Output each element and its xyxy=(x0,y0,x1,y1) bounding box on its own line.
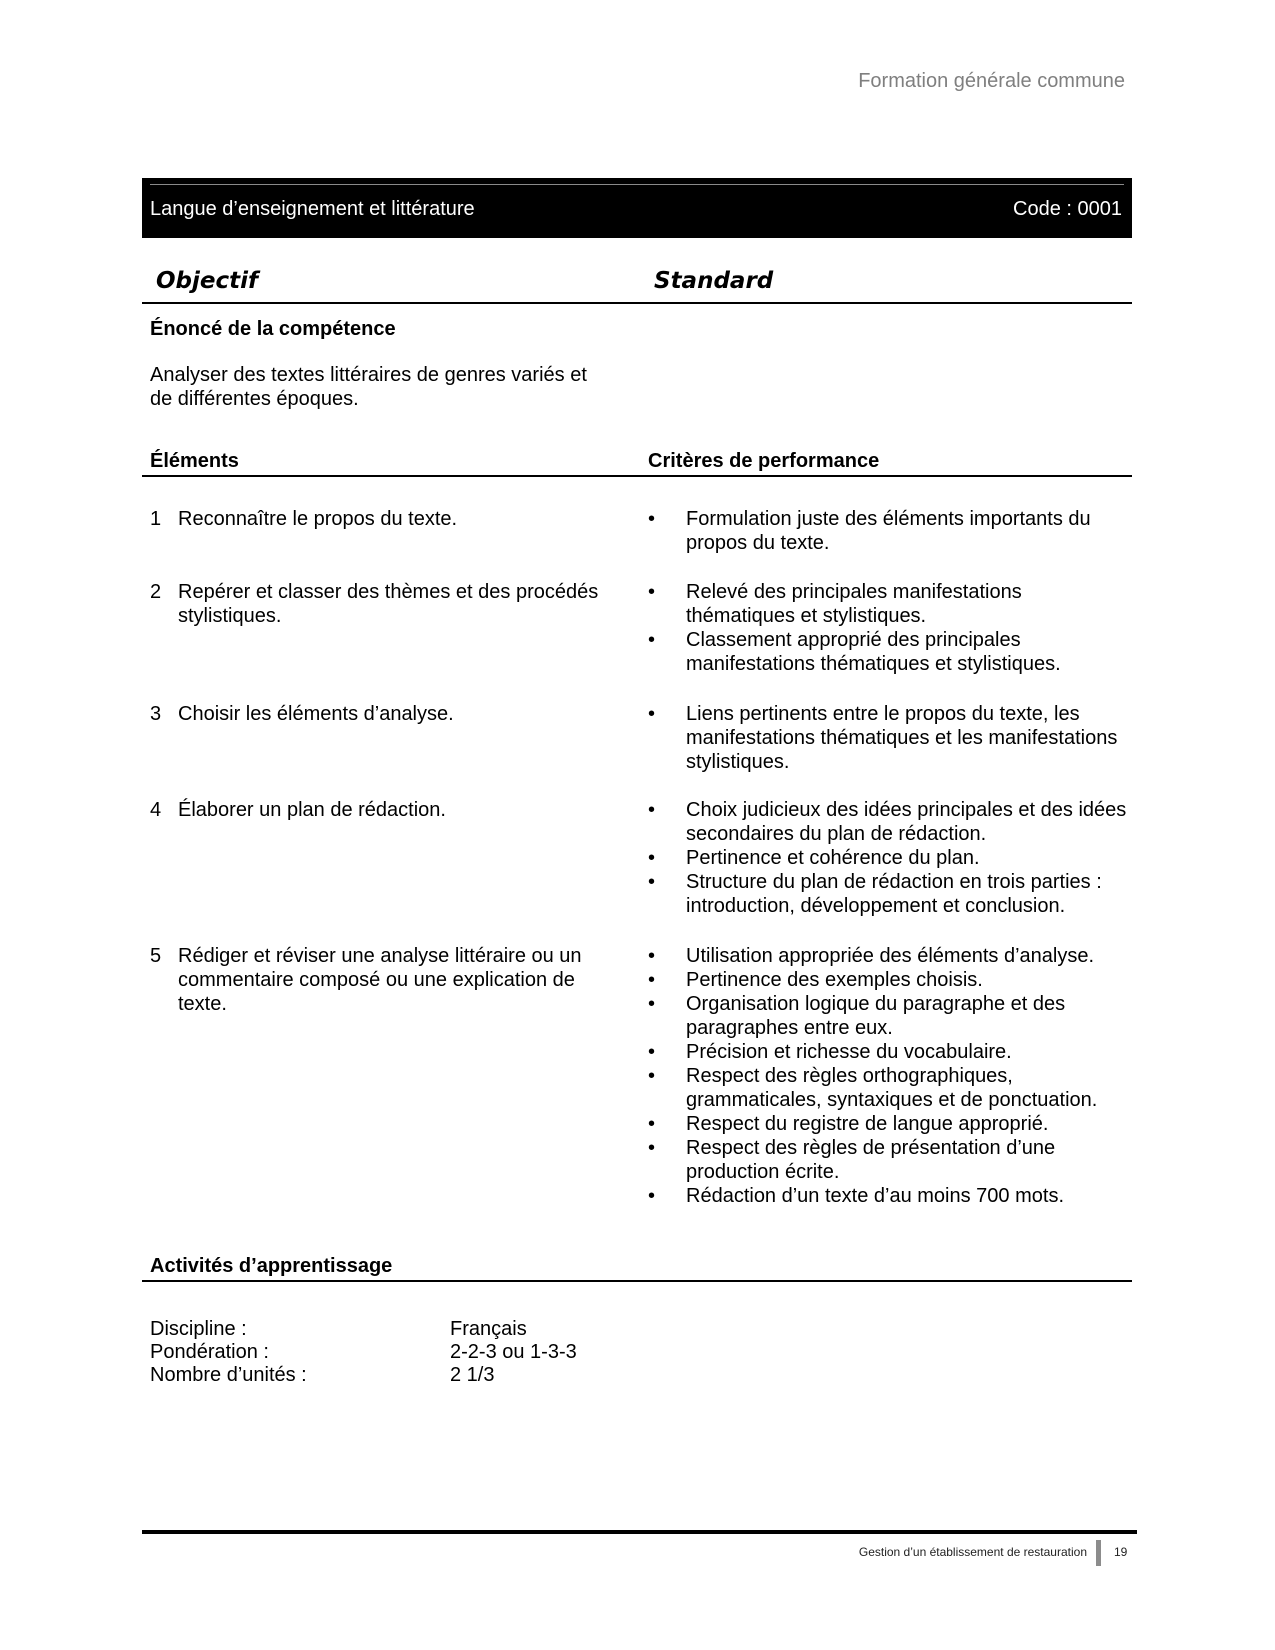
element-number: 2 xyxy=(150,580,178,628)
criteria-list-4: Choix judicieux des idées principales et… xyxy=(648,798,1128,918)
column-headings: Objectif Standard xyxy=(142,268,1132,304)
element-number: 5 xyxy=(150,944,178,1016)
bullet-icon xyxy=(648,968,686,992)
element-text: Élaborer un plan de rédaction. xyxy=(178,798,620,822)
bullet-icon xyxy=(648,580,686,628)
criterion: Pertinence des exemples choisis. xyxy=(648,968,1128,992)
competence-label: Énoncé de la compétence xyxy=(150,318,396,341)
element-number: 4 xyxy=(150,798,178,822)
course-title-bar: Langue d’enseignement et littérature Cod… xyxy=(142,178,1132,238)
criteria-list-3: Liens pertinents entre le propos du text… xyxy=(648,702,1128,774)
bullet-icon xyxy=(648,1112,686,1136)
bullet-icon xyxy=(648,1184,686,1208)
bullet-icon xyxy=(648,1040,686,1064)
activities-table: Discipline : Français Pondération : 2-2-… xyxy=(150,1318,577,1387)
element-row-3: 3 Choisir les éléments d’analyse. xyxy=(150,702,620,726)
criteria-list-5: Utilisation appropriée des éléments d’an… xyxy=(648,944,1128,1208)
criterion: Relevé des principales manifestations th… xyxy=(648,580,1128,628)
criterion: Précision et richesse du vocabulaire. xyxy=(648,1040,1128,1064)
activities-heading: Activités d’apprentissage xyxy=(150,1255,392,1278)
footer-separator xyxy=(1096,1540,1101,1566)
criteria-heading: Critères de performance xyxy=(648,450,879,473)
bullet-icon xyxy=(648,1136,686,1184)
course-title: Langue d’enseignement et littérature xyxy=(150,198,475,221)
element-text: Choisir les éléments d’analyse. xyxy=(178,702,620,726)
bullet-icon xyxy=(648,944,686,968)
course-code: Code : 0001 xyxy=(1013,198,1122,221)
element-row-5: 5 Rédiger et réviser une analyse littéra… xyxy=(150,944,620,1016)
units-row: Nombre d’unités : 2 1/3 xyxy=(150,1364,577,1387)
criteria-list-1: Formulation juste des éléments important… xyxy=(648,507,1128,555)
criterion: Structure du plan de rédaction en trois … xyxy=(648,870,1128,918)
criterion: Organisation logique du paragraphe et de… xyxy=(648,992,1128,1040)
criterion: Respect du registre de langue approprié. xyxy=(648,1112,1128,1136)
standard-heading: Standard xyxy=(654,268,773,294)
criterion: Rédaction d’un texte d’au moins 700 mots… xyxy=(648,1184,1128,1208)
bullet-icon xyxy=(648,992,686,1040)
bullet-icon xyxy=(648,870,686,918)
bullet-icon xyxy=(648,628,686,676)
element-number: 1 xyxy=(150,507,178,531)
element-row-4: 4 Élaborer un plan de rédaction. xyxy=(150,798,620,822)
element-row-2: 2 Repérer et classer des thèmes et des p… xyxy=(150,580,620,628)
bullet-icon xyxy=(648,846,686,870)
footer-title: Gestion d’un établissement de restaurati… xyxy=(859,1545,1087,1559)
criterion: Respect des règles de présentation d’une… xyxy=(648,1136,1128,1184)
activities-rule xyxy=(142,1280,1132,1282)
criteria-list-2: Relevé des principales manifestations th… xyxy=(648,580,1128,676)
competence-statement: Analyser des textes littéraires de genre… xyxy=(150,363,610,411)
footer-rule xyxy=(142,1530,1137,1534)
element-number: 3 xyxy=(150,702,178,726)
criterion: Classement approprié des principales man… xyxy=(648,628,1128,676)
discipline-row: Discipline : Français xyxy=(150,1318,577,1341)
bullet-icon xyxy=(648,507,686,555)
bullet-icon xyxy=(648,798,686,846)
bullet-icon xyxy=(648,1064,686,1112)
elements-heading: Éléments xyxy=(150,450,239,473)
title-bar-rule xyxy=(150,184,1124,185)
objective-heading: Objectif xyxy=(156,268,258,294)
criterion: Pertinence et cohérence du plan. xyxy=(648,846,1128,870)
elements-rule xyxy=(142,475,1132,477)
element-text: Repérer et classer des thèmes et des pro… xyxy=(178,580,620,628)
element-row-1: 1 Reconnaître le propos du texte. xyxy=(150,507,620,531)
running-head: Formation générale commune xyxy=(858,70,1125,93)
weighting-row: Pondération : 2-2-3 ou 1-3-3 xyxy=(150,1341,577,1364)
element-text: Rédiger et réviser une analyse littérair… xyxy=(178,944,620,1016)
criterion: Utilisation appropriée des éléments d’an… xyxy=(648,944,1128,968)
criterion: Choix judicieux des idées principales et… xyxy=(648,798,1128,846)
criterion: Formulation juste des éléments important… xyxy=(648,507,1128,555)
bullet-icon xyxy=(648,702,686,774)
element-text: Reconnaître le propos du texte. xyxy=(178,507,620,531)
criterion: Respect des règles orthographiques, gram… xyxy=(648,1064,1128,1112)
page-number: 19 xyxy=(1114,1545,1127,1559)
criterion: Liens pertinents entre le propos du text… xyxy=(648,702,1128,774)
